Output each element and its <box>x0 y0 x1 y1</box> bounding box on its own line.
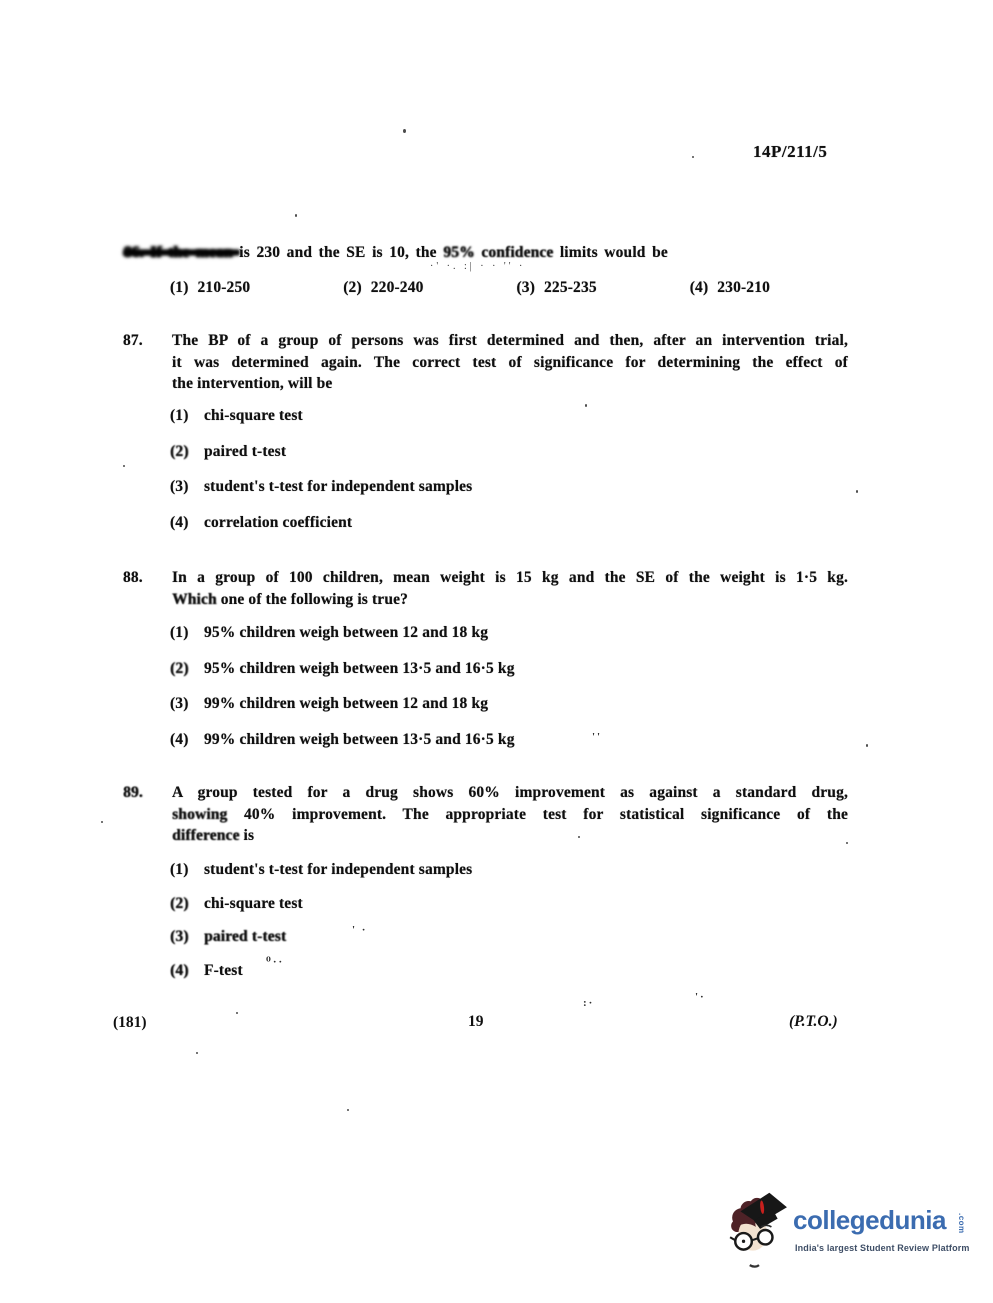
scan-speck <box>585 404 587 407</box>
question-segment: 40% improvement. The appropriate test fo… <box>227 806 848 823</box>
question-line: Which one of the following is true? <box>172 589 848 611</box>
scan-speck <box>196 1052 198 1054</box>
question-line: it was determined again. The correct tes… <box>172 352 848 374</box>
scan-artifact: ·' ·. :| · · '' · <box>430 261 525 272</box>
option-text: 220-240 <box>371 279 424 296</box>
scan-artifact: ' · <box>352 924 367 936</box>
question-89-options: (1)student's t-test for independent samp… <box>170 859 472 993</box>
scan-artifact: ⁰·· <box>266 955 284 968</box>
brand-wordmark: collegedunia <box>793 1205 946 1236</box>
option-label: (4) <box>170 729 196 751</box>
question-option: (4)99% children weigh between 13·5 and 1… <box>170 729 515 750</box>
option-text: student's t-test for independent samples <box>204 861 472 878</box>
option-label: (1) <box>170 277 189 299</box>
scan-artifact: '' <box>592 731 602 743</box>
question-87-text: The BP of a group of persons was first d… <box>172 330 848 395</box>
question-option: (3)student's t-test for independent samp… <box>170 476 472 497</box>
question-88-text: In a group of 100 children, mean weight … <box>172 567 848 610</box>
option-label: (3) <box>517 277 536 299</box>
option-text: 99% children weigh between 12 and 18 kg <box>204 695 488 712</box>
scan-speck <box>856 490 858 493</box>
option-label: (1) <box>170 405 196 427</box>
option-label: (4) <box>170 960 196 982</box>
option-text: chi-square test <box>204 895 303 912</box>
option-label: (3) <box>170 693 196 715</box>
option-label: (4) <box>170 512 196 534</box>
option-label: (2) <box>343 277 362 299</box>
smudged-word: confidence <box>481 244 553 261</box>
scan-speck <box>347 1109 349 1111</box>
question-line: In a group of 100 children, mean weight … <box>172 567 848 589</box>
option-text: paired t-test <box>204 443 286 460</box>
question-option: (1)210-250 <box>170 277 250 299</box>
scan-artifact: :· <box>583 997 594 1009</box>
question-line: A group tested for a drug shows 60% impr… <box>172 782 848 804</box>
scan-speck <box>578 836 580 838</box>
question-option: (3)paired t-test <box>170 926 472 947</box>
brand-tagline: India's largest Student Review Platform <box>795 1243 970 1253</box>
option-text: correlation coefficient <box>204 514 352 531</box>
question-88-options: (1)95% children weigh between 12 and 18 … <box>170 622 515 764</box>
option-label: (3) <box>170 476 196 498</box>
collegedunia-logo: collegedunia .com India's largest Studen… <box>725 1183 985 1278</box>
smudged-percent: 95% <box>443 244 481 261</box>
option-text: 95% children weigh between 13·5 and 16·5… <box>204 660 515 677</box>
scan-speck <box>236 1012 238 1014</box>
smudged-word: showing <box>172 806 227 823</box>
scan-speck <box>295 214 297 217</box>
question-number: 89. <box>123 782 167 804</box>
booklet-code: (181) <box>113 1014 147 1032</box>
question-number: 87. <box>123 330 167 352</box>
scan-speck <box>123 465 125 467</box>
collegedunia-mascot-icon <box>727 1189 789 1273</box>
question-option: (4)correlation coefficient <box>170 512 472 533</box>
page-number: 19 <box>468 1013 484 1031</box>
question-option: (4)230-210 <box>690 277 770 299</box>
question-86-segment: is 230 and the SE is 10, the <box>239 244 443 261</box>
question-87-options: (1)chi-square test (2)paired t-test (3)s… <box>170 405 472 547</box>
option-label: (2) <box>170 893 196 915</box>
option-label: (2) <box>170 658 196 680</box>
question-option: (1)chi-square test <box>170 405 472 426</box>
question-option: (1)student's t-test for independent samp… <box>170 859 472 880</box>
question-86-segment: limits would be <box>553 244 668 261</box>
scan-artifact: '· <box>695 991 706 1003</box>
question-number: 88. <box>123 567 167 589</box>
question-option: (2)95% children weigh between 13·5 and 1… <box>170 658 515 679</box>
question-option: (2)chi-square test <box>170 893 472 914</box>
option-text: 99% children weigh between 13·5 and 16·5… <box>204 731 515 748</box>
option-label: (1) <box>170 859 196 881</box>
option-text: 225-235 <box>544 279 597 296</box>
question-option: (4)F-test <box>170 960 472 981</box>
brand-tld: .com <box>957 1213 966 1234</box>
option-label: (3) <box>170 926 196 948</box>
option-label: (4) <box>690 277 709 299</box>
smudged-word: difference <box>172 827 240 844</box>
question-option: (2)220-240 <box>343 277 423 299</box>
question-89-text: A group tested for a drug shows 60% impr… <box>172 782 848 847</box>
question-86-options: (1)210-250 (2)220-240 (3)225-235 (4)230-… <box>170 277 770 299</box>
question-option: (1)95% children weigh between 12 and 18 … <box>170 622 515 643</box>
scan-speck <box>846 842 848 844</box>
option-text: F-test <box>204 962 243 979</box>
question-option: (3)99% children weigh between 12 and 18 … <box>170 693 515 714</box>
question-segment: one of the following is true? <box>217 591 408 608</box>
option-text: paired t-test <box>204 928 286 945</box>
paper-code: 14P/211/5 <box>753 141 827 163</box>
exam-page: 14P/211/5 86. If the mean is 230 and the… <box>0 0 993 1303</box>
question-86-text: 86. If the mean is 230 and the SE is 10,… <box>124 242 668 264</box>
scan-speck <box>101 821 103 823</box>
scan-speck <box>403 129 406 133</box>
option-text: 95% children weigh between 12 and 18 kg <box>204 624 488 641</box>
question-line: showing 40% improvement. The appropriate… <box>172 804 848 826</box>
question-line: The BP of a group of persons was first d… <box>172 330 848 352</box>
option-text: student's t-test for independent samples <box>204 478 472 495</box>
option-text: 210-250 <box>198 279 251 296</box>
scan-speck <box>866 744 868 747</box>
option-text: 230-210 <box>717 279 770 296</box>
smudged-word: Which <box>172 591 217 608</box>
question-segment: is <box>240 827 255 844</box>
smudged-question-number: 86. If the mean <box>124 244 239 261</box>
question-line: difference is <box>172 825 848 847</box>
scan-speck <box>692 156 694 158</box>
option-text: chi-square test <box>204 407 303 424</box>
pto-label: (P.T.O.) <box>789 1013 838 1031</box>
question-option: (2)paired t-test <box>170 441 472 462</box>
option-label: (2) <box>170 441 196 463</box>
question-option: (3)225-235 <box>517 277 597 299</box>
question-line: the intervention, will be <box>172 373 848 395</box>
option-label: (1) <box>170 622 196 644</box>
